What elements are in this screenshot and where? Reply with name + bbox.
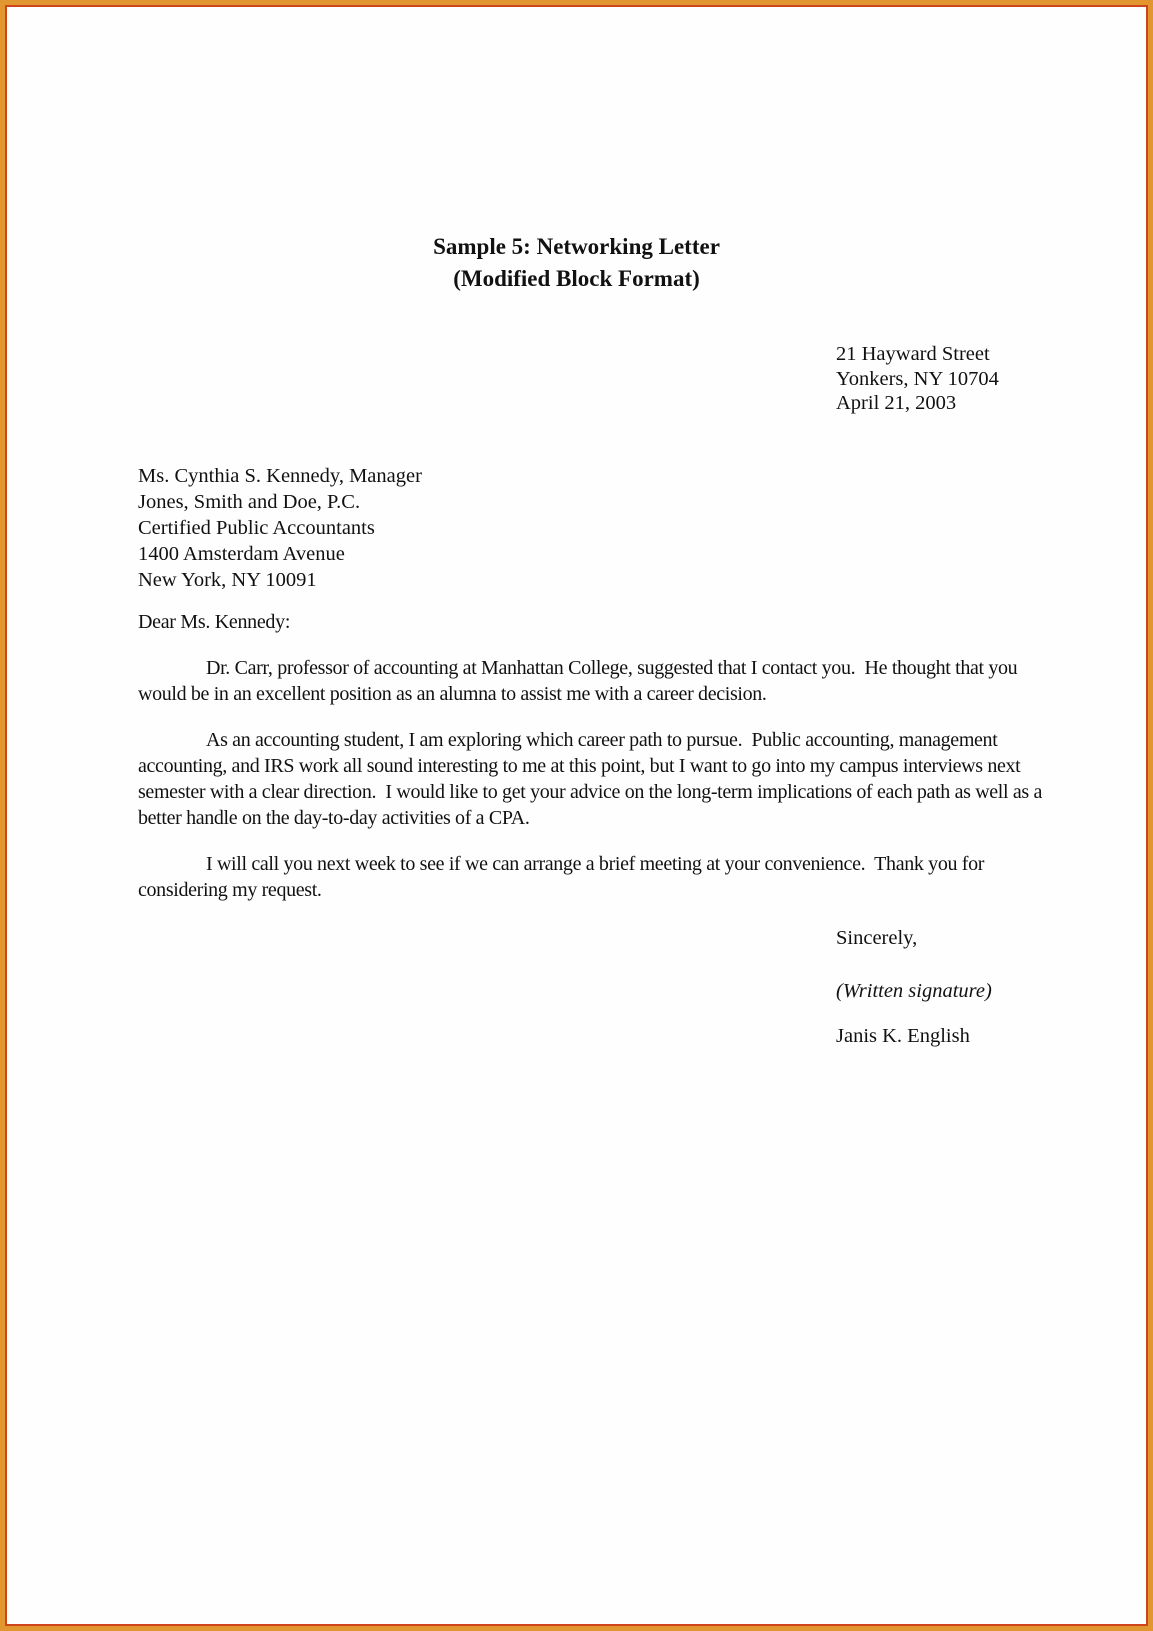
sender-city-state-zip: Yonkers, NY 10704: [836, 367, 999, 392]
letter-date: April 21, 2003: [836, 391, 999, 416]
sender-address-block: 21 Hayward Street Yonkers, NY 10704 Apri…: [836, 342, 999, 416]
signature-note: (Written signature): [836, 980, 992, 1003]
recipient-city-state-zip: New York, NY 10091: [138, 567, 422, 593]
letter-title: Sample 5: Networking Letter (Modified Bl…: [5, 231, 1148, 295]
salutation: Dear Ms. Kennedy:: [138, 611, 290, 634]
recipient-address-block: Ms. Cynthia S. Kennedy, Manager Jones, S…: [138, 463, 422, 593]
paragraph-1: Dr. Carr, professor of accounting at Man…: [138, 655, 1044, 707]
paragraph-3: I will call you next week to see if we c…: [138, 851, 1044, 903]
recipient-name-title: Ms. Cynthia S. Kennedy, Manager: [138, 463, 422, 489]
sender-street: 21 Hayward Street: [836, 342, 999, 367]
letter-body: Dr. Carr, professor of accounting at Man…: [138, 655, 1044, 923]
document-page: Sample 5: Networking Letter (Modified Bl…: [0, 0, 1153, 1631]
recipient-street: 1400 Amsterdam Avenue: [138, 541, 422, 567]
recipient-company-descriptor: Certified Public Accountants: [138, 515, 422, 541]
letter-title-line2: (Modified Block Format): [5, 263, 1148, 295]
signature-name: Janis K. English: [836, 1025, 970, 1048]
letter-title-line1: Sample 5: Networking Letter: [5, 231, 1148, 263]
paragraph-2: As an accounting student, I am exploring…: [138, 727, 1044, 831]
recipient-company: Jones, Smith and Doe, P.C.: [138, 489, 422, 515]
closing: Sincerely,: [836, 927, 917, 950]
